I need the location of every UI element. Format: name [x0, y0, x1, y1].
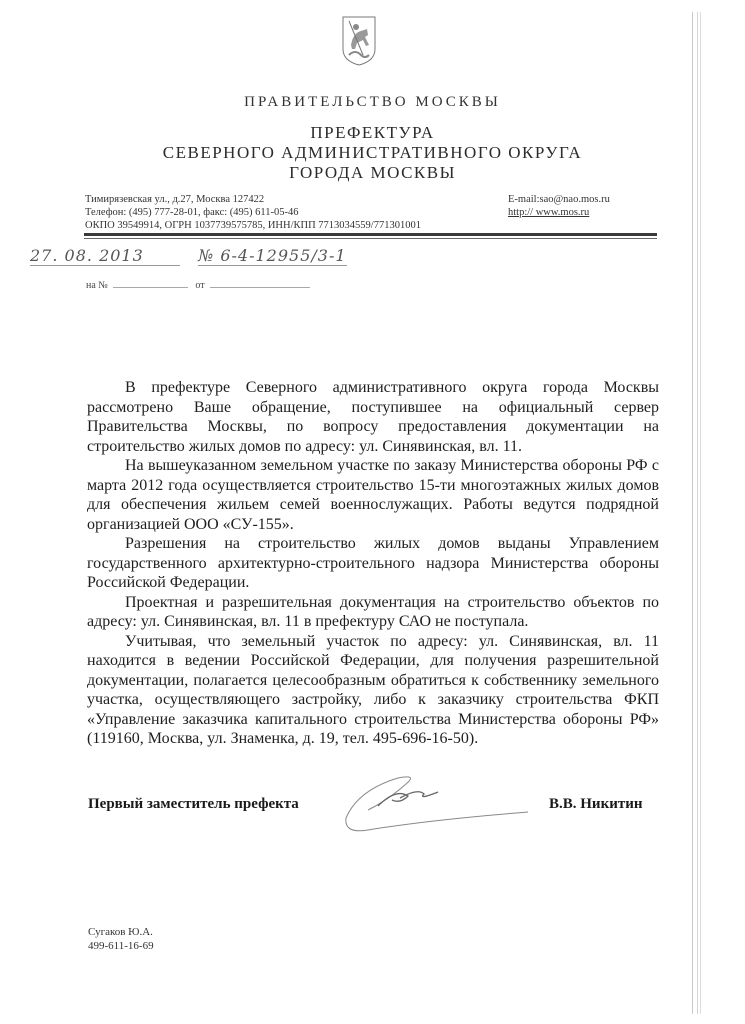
registration-stamp: 27. 08. 2013 № 6-4-12955/3-1 [30, 246, 347, 266]
contact-details: Тимирязевская ул., д.27, Москва 127422 Т… [85, 193, 421, 232]
paragraph: На вышеуказанном земельном участке по за… [87, 456, 659, 534]
paragraph: Учитывая, что земельный участок по адрес… [87, 632, 659, 749]
paragraph: Разрешения на строительство жилых домов … [87, 534, 659, 593]
signatory-title: Первый заместитель префекта [88, 796, 299, 813]
from-label: от [195, 280, 204, 291]
ref-blank [113, 287, 188, 288]
paragraph: В префектуре Северного административного… [87, 378, 659, 456]
prefecture-line: СЕВЕРНОГО АДМИНИСТРАТИВНОГО ОКРУГА [0, 143, 745, 163]
from-blank [210, 287, 310, 288]
registry-codes: ОКПО 39549914, ОГРН 1037739575785, ИНН/К… [85, 219, 421, 232]
government-name: ПРАВИТЕЛЬСТВО МОСКВЫ [0, 94, 745, 111]
ref-label: на № [86, 280, 108, 291]
prefecture-name: ПРЕФЕКТУРА СЕВЕРНОГО АДМИНИСТРАТИВНОГО О… [0, 123, 745, 183]
address: Тимирязевская ул., д.27, Москва 127422 [85, 193, 421, 206]
prefecture-line: ГОРОДА МОСКВЫ [0, 163, 745, 183]
executor-name: Сугаков Ю.А. [88, 925, 154, 939]
letter-body: В префектуре Северного административного… [87, 378, 659, 749]
paragraph: Проектная и разрешительная документация … [87, 593, 659, 632]
outgoing-number: № 6-4-12955/3-1 [198, 246, 346, 266]
executor-info: Сугаков Ю.А. 499-611-16-69 [88, 925, 154, 953]
executor-phone: 499-611-16-69 [88, 939, 154, 953]
online-contacts: E-mail:sao@nao.mos.ru http:// www.mos.ru [508, 193, 610, 219]
reference-line: на № от [86, 280, 315, 291]
handwritten-signature-icon [338, 770, 538, 840]
moscow-coat-of-arms-icon [341, 15, 377, 67]
prefecture-line: ПРЕФЕКТУРА [0, 123, 745, 143]
website-link[interactable]: http:// www.mos.ru [508, 206, 610, 219]
phone-fax: Телефон: (495) 777-28-01, факс: (495) 61… [85, 206, 421, 219]
email: E-mail:sao@nao.mos.ru [508, 193, 610, 206]
letterhead-divider [84, 233, 657, 236]
signatory-name: В.В. Никитин [549, 796, 643, 813]
letterhead-divider [84, 238, 657, 239]
outgoing-date: 27. 08. 2013 [30, 246, 180, 266]
